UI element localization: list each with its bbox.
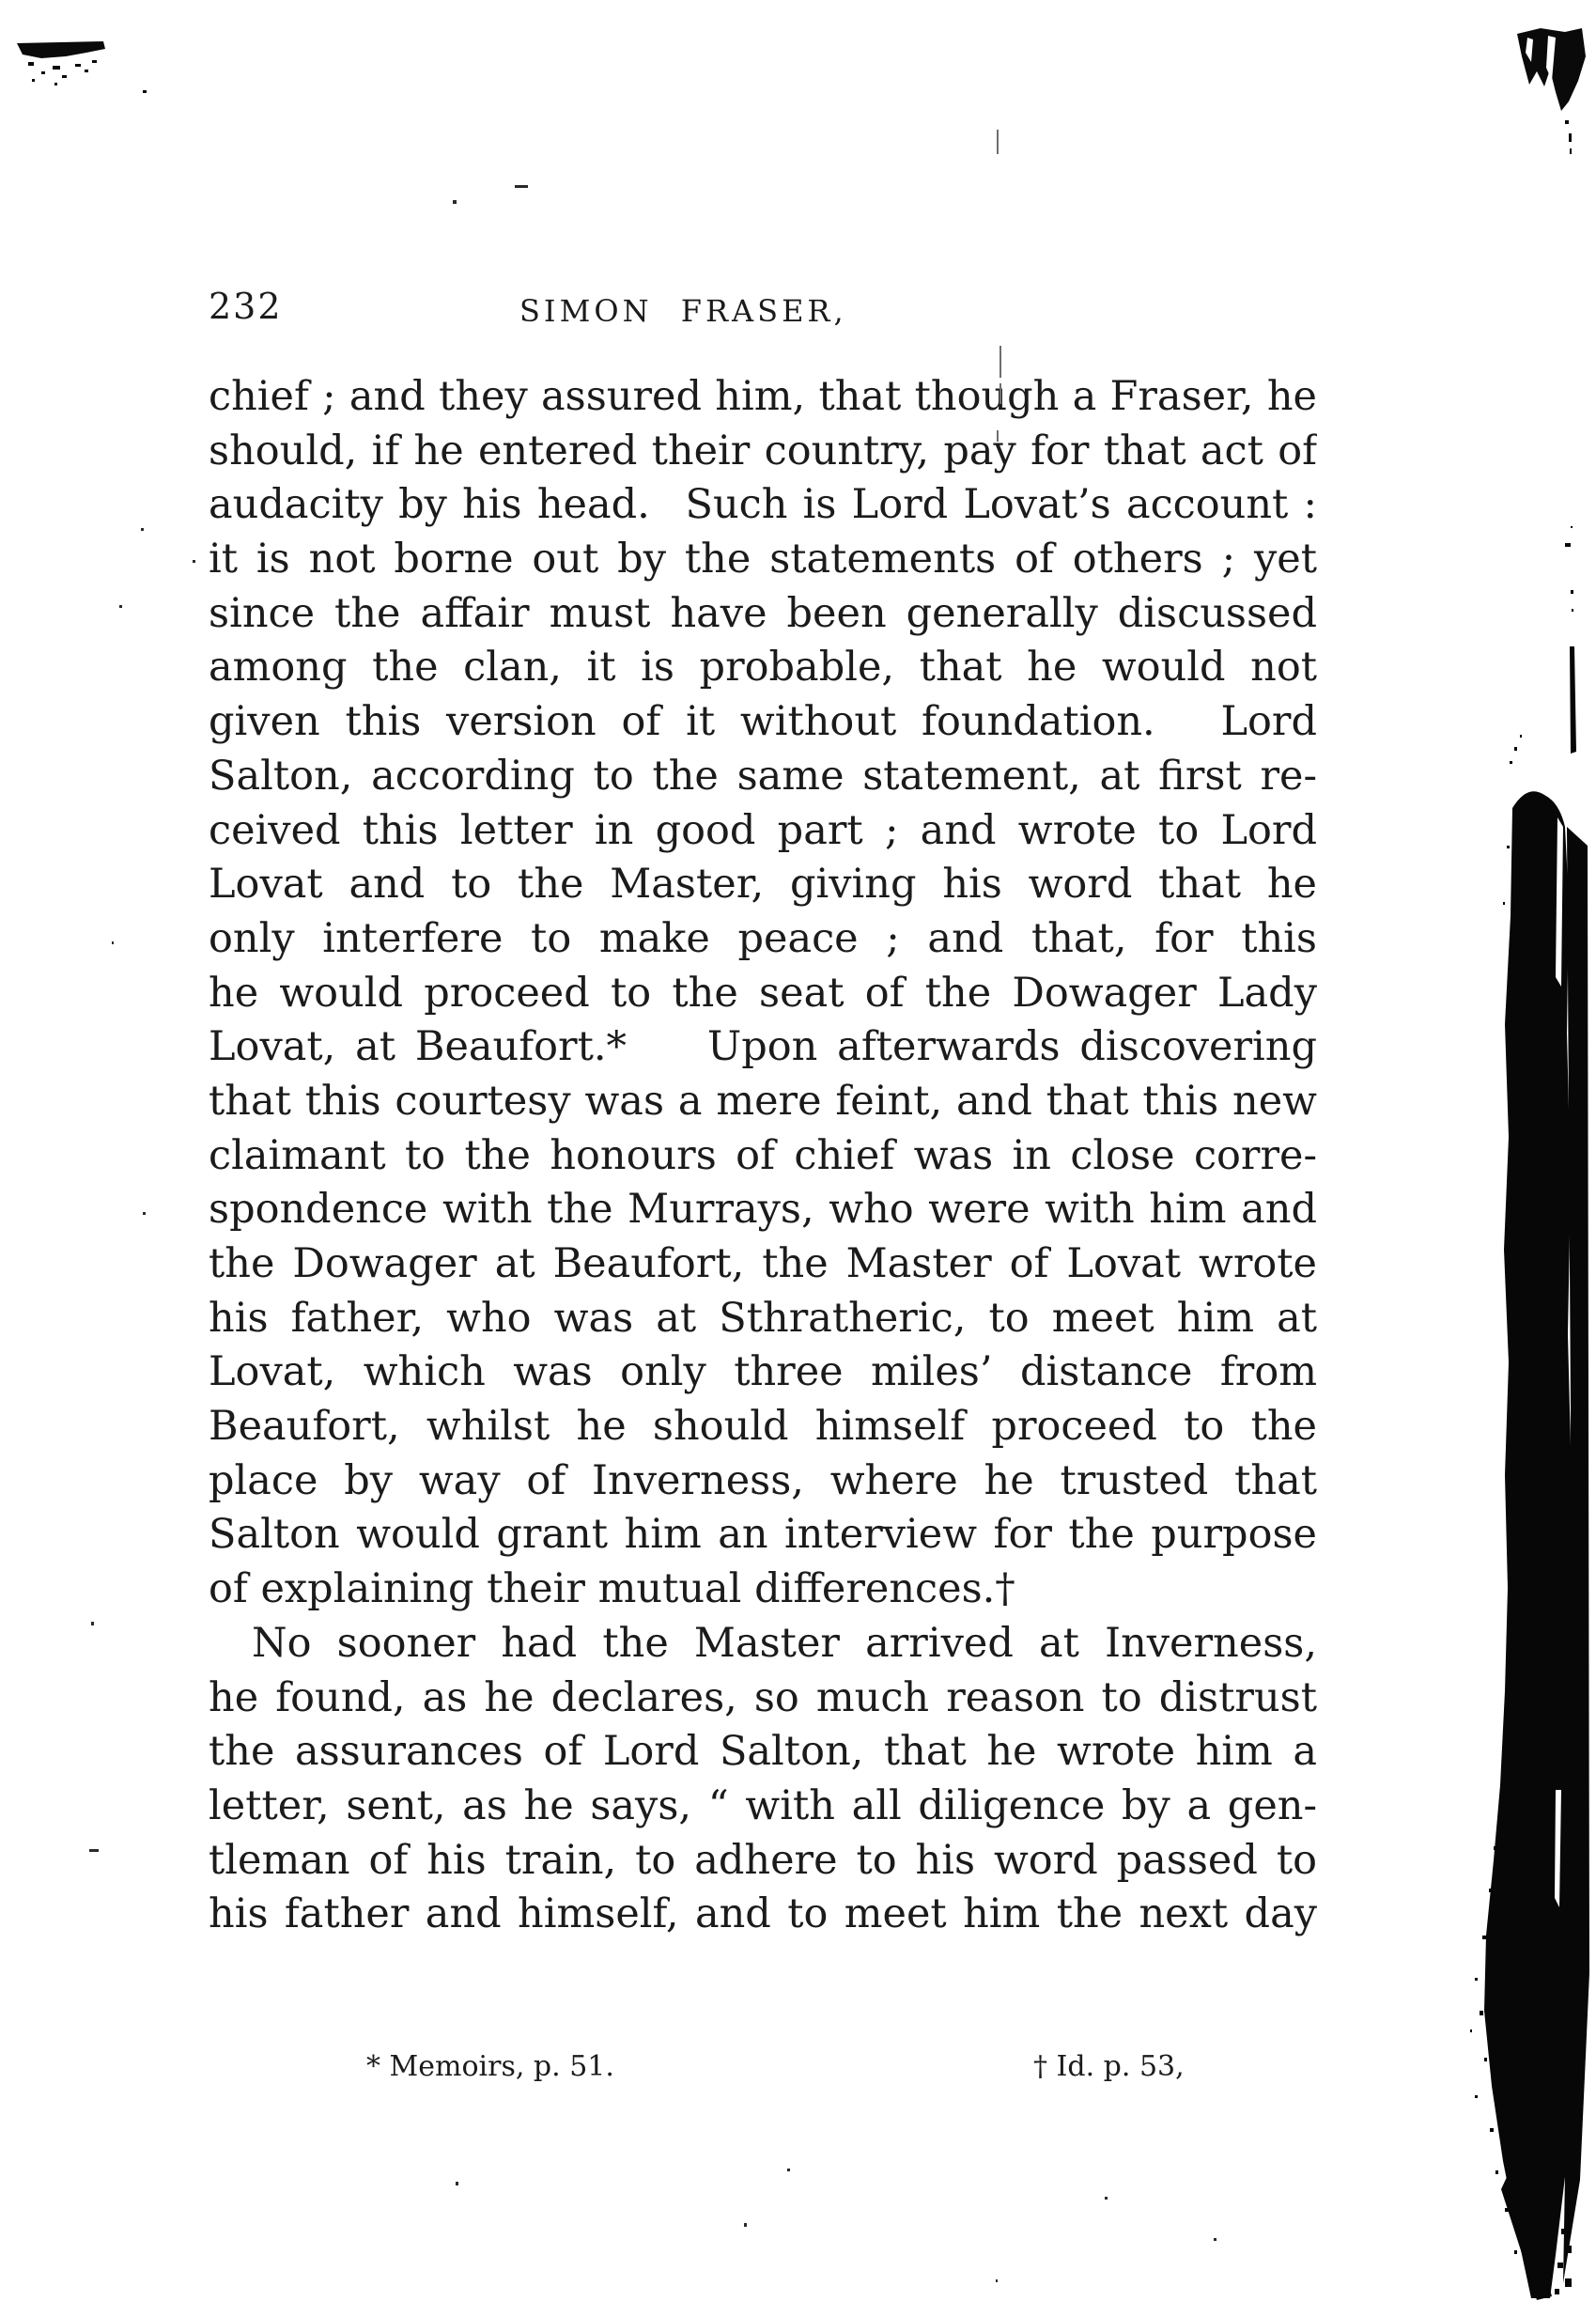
- text-line: it is not borne out by the statements of…: [209, 533, 1317, 587]
- text-line: of explaining their mutual differences.†: [209, 1563, 1317, 1617]
- text-line: ceived this letter in good part ; and wr…: [209, 804, 1317, 859]
- page-number: 232: [209, 286, 283, 327]
- text-line: audacity by his head. Such is Lord Lovat…: [209, 478, 1317, 533]
- text-line: should, if he entered their country, pay…: [209, 425, 1317, 479]
- text-line: Lovat, at Beaufort.* Upon afterwards dis…: [209, 1020, 1317, 1075]
- scan-smudge-top-left: [17, 41, 147, 93]
- text-line: No sooner had the Master arrived at Inve…: [209, 1617, 1317, 1672]
- text-line: Lovat and to the Master, giving his word…: [209, 858, 1317, 912]
- text-line: given this version of it without foundat…: [209, 695, 1317, 750]
- running-header: SIMON FRASER,: [519, 293, 847, 329]
- text-line: tleman of his train, to adhere to his wo…: [209, 1834, 1317, 1889]
- text-line: since the affair must have been generall…: [209, 587, 1317, 642]
- text-line: his father and himself, and to meet him …: [209, 1888, 1317, 1942]
- text-line: the Dowager at Beaufort, the Master of L…: [209, 1237, 1317, 1292]
- text-line: claimant to the honours of chief was in …: [209, 1129, 1317, 1184]
- text-line: spondence with the Murrays, who were wit…: [209, 1183, 1317, 1237]
- text-line: Salton would grant him an interview for …: [209, 1508, 1317, 1563]
- text-line: the assurances of Lord Salton, that he w…: [209, 1725, 1317, 1780]
- scanned-book-page: 232 SIMON FRASER, chief ; and they assur…: [0, 0, 1596, 2317]
- text-line: among the clan, it is probable, that he …: [209, 641, 1317, 695]
- scan-streak-right-edge: [1470, 526, 1589, 2300]
- text-line: his father, who was at Sthratheric, to m…: [209, 1292, 1317, 1346]
- footnote-id: † Id. p. 53,: [1033, 2050, 1185, 2083]
- text-line: he found, as he declares, so much reason…: [209, 1672, 1317, 1726]
- text-line: letter, sent, as he says, “ with all dil…: [209, 1780, 1317, 1834]
- text-line: only interfere to make peace ; and that,…: [209, 912, 1317, 967]
- text-block: chief ; and they assured him, that thoug…: [209, 370, 1317, 1942]
- footnote-memoirs: * Memoirs, p. 51.: [366, 2050, 614, 2083]
- text-line: place by way of Inverness, where he trus…: [209, 1454, 1317, 1509]
- text-line: that this courtesy was a mere feint, and…: [209, 1075, 1317, 1129]
- text-line: Lovat, which was only three miles’ dista…: [209, 1345, 1317, 1400]
- text-line: Salton, according to the same statement,…: [209, 750, 1317, 804]
- text-line: chief ; and they assured him, that thoug…: [209, 370, 1317, 425]
- scan-blob-top-right: [1517, 28, 1586, 154]
- text-line: Beaufort, whilst he should himself proce…: [209, 1400, 1317, 1454]
- text-line: he would proceed to the seat of the Dowa…: [209, 967, 1317, 1021]
